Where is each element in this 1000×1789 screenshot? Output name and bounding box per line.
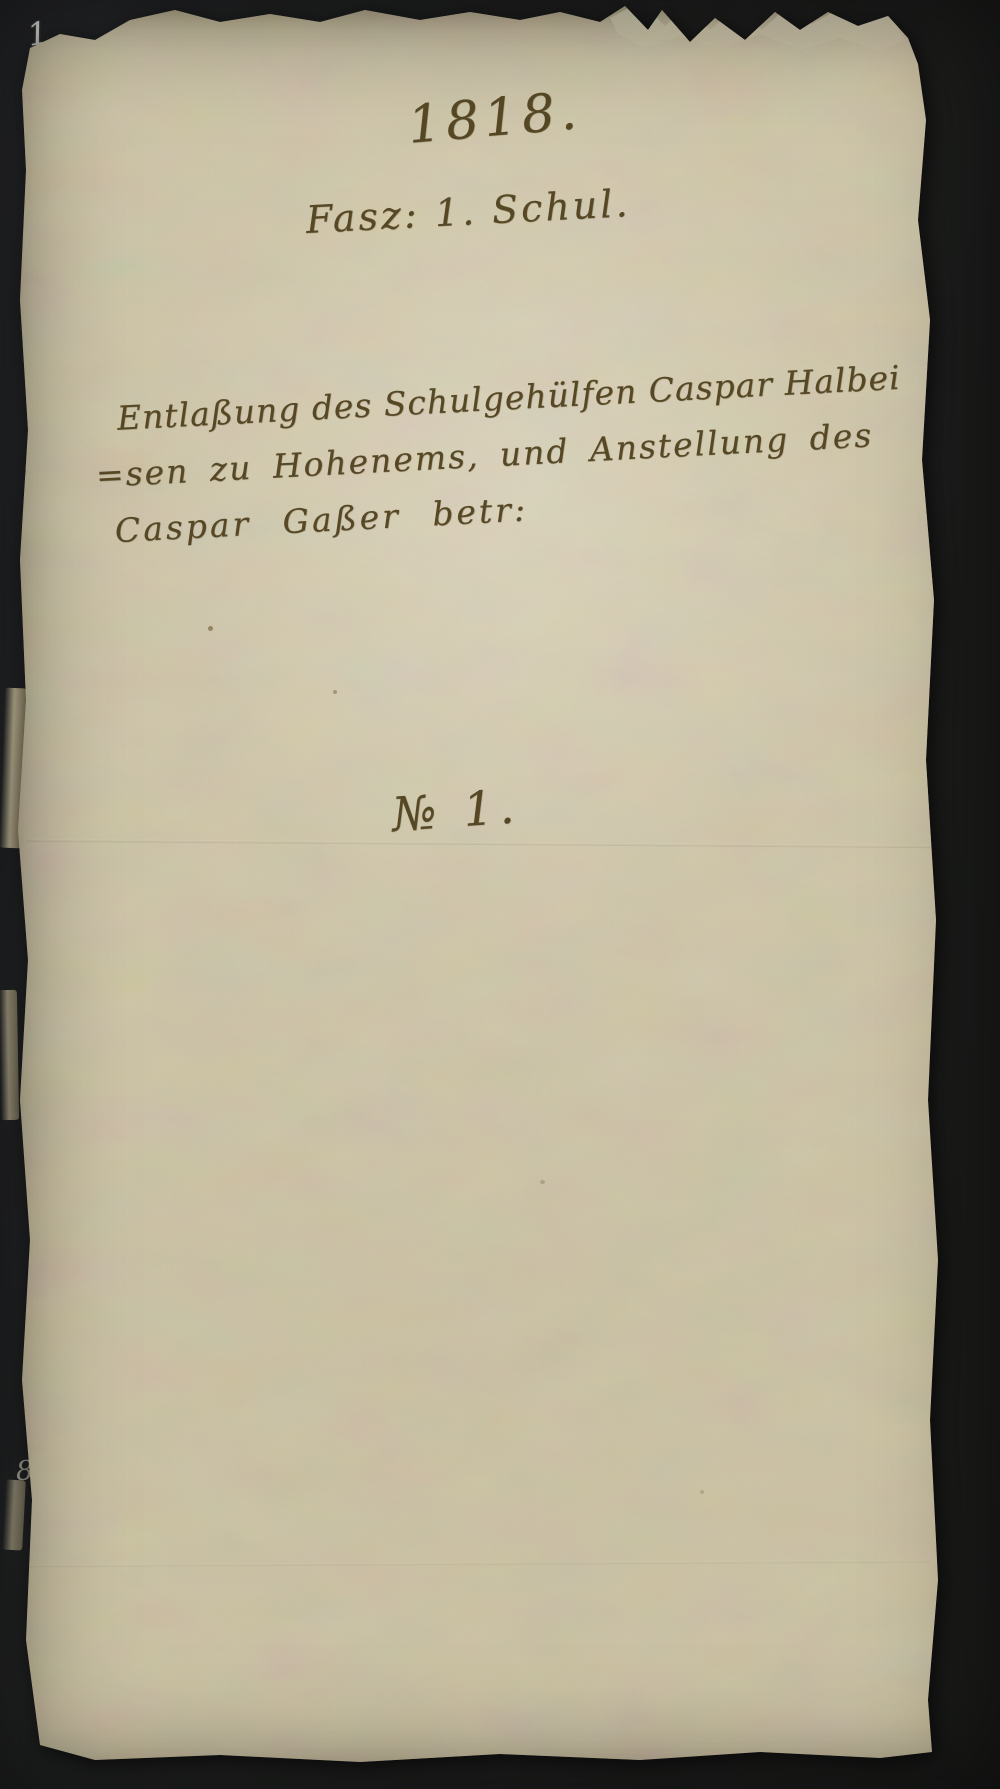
speck [700, 1490, 704, 1494]
fold-crease [26, 839, 931, 848]
speck [540, 1180, 545, 1184]
subject-text: Entlaßung des Schulgehülfen Caspar Halbe… [92, 350, 908, 560]
paper-sheet: 1818. Fasz: 1. Schul. Entlaßung des Schu… [0, 0, 1000, 1789]
year-heading: 1818. [405, 81, 583, 156]
fascicle-heading: Fasz: 1. Schul. [305, 181, 632, 242]
torn-fold [598, 0, 914, 58]
paper-texture [0, 0, 1000, 1789]
photographed-archive-page: 1.. 80. 1818. [0, 0, 1000, 1789]
speck [333, 690, 337, 694]
paper-sheet-wrapper: 1818. Fasz: 1. Schul. Entlaßung des Schu… [0, 0, 1000, 1789]
stain [14, 464, 26, 480]
speck [208, 626, 213, 631]
fold-crease [26, 1560, 931, 1568]
document-number: № 1. [390, 779, 522, 843]
